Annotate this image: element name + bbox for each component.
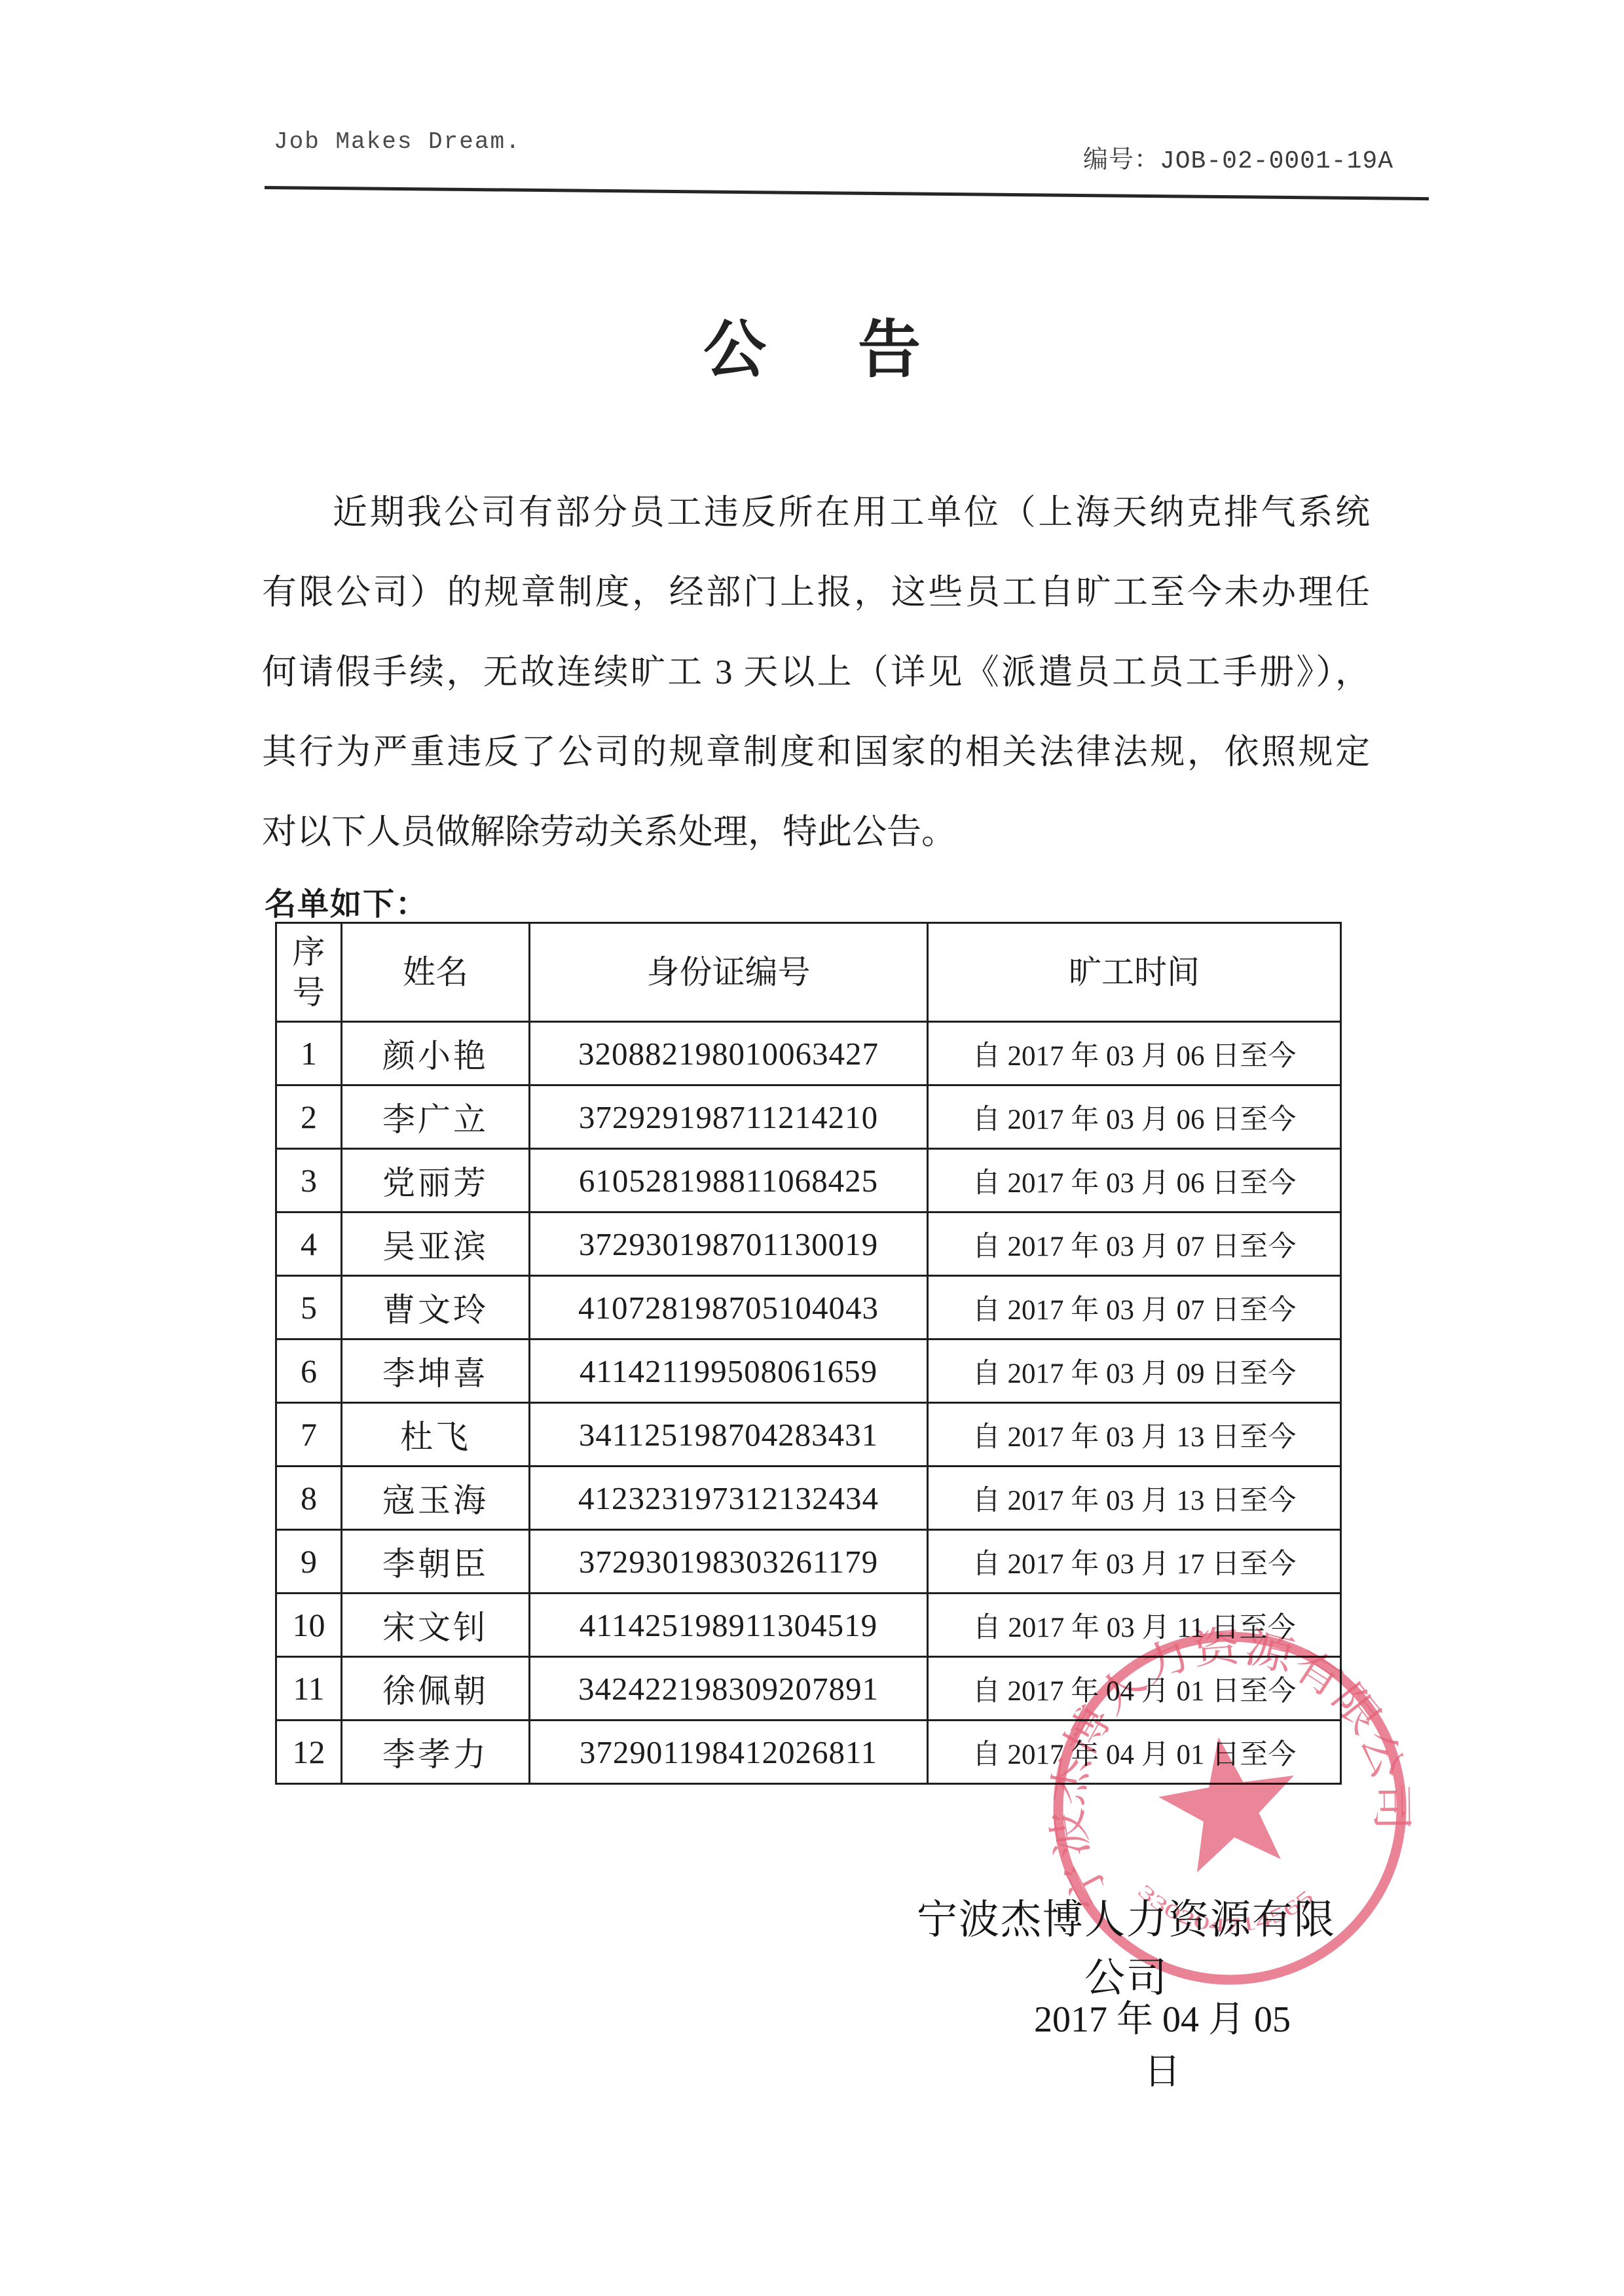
- header-cell-id: 身份证编号: [530, 923, 928, 1022]
- body-line: 对以下人员做解除劳动关系处理，特此公告。: [262, 792, 1370, 872]
- id-number-cell: 411425198911304519: [530, 1594, 928, 1657]
- row-number-cell: 11: [276, 1657, 342, 1721]
- table-row: 1颜小艳320882198010063427自 2017 年 03 月 06 日…: [276, 1022, 1341, 1085]
- header-cell-name: 姓名: [342, 923, 530, 1022]
- absence-period-cell: 自 2017 年 03 月 17 日至今: [928, 1530, 1341, 1594]
- absence-period-cell: 自 2017 年 03 月 06 日至今: [928, 1149, 1341, 1212]
- terminated-employee-table: 序号 姓名 身份证编号 旷工时间 1颜小艳320882198010063427自…: [275, 922, 1342, 1785]
- document-title: 公 告: [0, 300, 1624, 390]
- table-row: 6李坤喜411421199508061659自 2017 年 03 月 09 日…: [276, 1339, 1341, 1403]
- body-line: 有限公司）的规章制度，经部门上报，这些员工自旷工至今未办理任: [262, 553, 1370, 632]
- table-row: 11徐佩朝342422198309207891自 2017 年 04 月 01 …: [276, 1657, 1341, 1721]
- body-line: 其行为严重违反了公司的规章制度和国家的相关法律法规，依照规定: [262, 712, 1370, 792]
- signature-date: 2017 年 04 月 05 日: [1012, 1990, 1313, 2095]
- name-cell: 党丽芳: [342, 1149, 530, 1212]
- id-number-cell: 341125198704283431: [530, 1403, 928, 1467]
- id-number-cell: 320882198010063427: [530, 1022, 928, 1085]
- name-cell: 徐佩朝: [342, 1657, 530, 1721]
- signature-company-name: 宁波杰博人力资源有限公司: [907, 1887, 1346, 2003]
- name-cell: 吴亚滨: [342, 1212, 530, 1276]
- table-header-row: 序号 姓名 身份证编号 旷工时间: [276, 923, 1341, 1022]
- name-cell: 李广立: [342, 1085, 530, 1149]
- absence-period-cell: 自 2017 年 03 月 07 日至今: [928, 1212, 1341, 1276]
- row-number-cell: 7: [276, 1403, 342, 1467]
- absence-period-cell: 自 2017 年 04 月 01 日至今: [928, 1657, 1341, 1721]
- row-number-cell: 12: [276, 1721, 342, 1784]
- name-cell: 曹文玲: [342, 1276, 530, 1339]
- id-number-cell: 372930198303261179: [530, 1530, 928, 1594]
- name-cell: 李坤喜: [342, 1339, 530, 1403]
- absence-period-cell: 自 2017 年 04 月 01 日至今: [928, 1721, 1341, 1784]
- header-doc-number: 编号：JOB-02-0001-19A: [1083, 139, 1393, 175]
- name-cell: 杜飞: [342, 1403, 530, 1467]
- announcement-body: 近期我公司有部分员工违反所在用工单位（上海天纳克排气系统 有限公司）的规章制度，…: [262, 473, 1370, 872]
- id-number-cell: 411421199508061659: [530, 1339, 928, 1403]
- absence-period-cell: 自 2017 年 03 月 09 日至今: [928, 1339, 1341, 1403]
- table-row: 7杜飞341125198704283431自 2017 年 03 月 13 日至…: [276, 1403, 1341, 1467]
- id-number-cell: 342422198309207891: [530, 1657, 928, 1721]
- header-cell-index: 序号: [276, 923, 342, 1022]
- name-cell: 宋文钊: [342, 1594, 530, 1657]
- table-row: 9李朝臣372930198303261179自 2017 年 03 月 17 日…: [276, 1530, 1341, 1594]
- id-number-cell: 610528198811068425: [530, 1149, 928, 1212]
- body-line: 何请假手续，无故连续旷工 3 天以上（详见《派遣员工员工手册》），: [262, 632, 1370, 712]
- id-number-cell: 412323197312132434: [530, 1467, 928, 1530]
- row-number-cell: 9: [276, 1530, 342, 1594]
- id-number-cell: 372901198412026811: [530, 1721, 928, 1784]
- table-row: 10宋文钊411425198911304519自 2017 年 03 月 11 …: [276, 1594, 1341, 1657]
- name-cell: 李孝力: [342, 1721, 530, 1784]
- row-number-cell: 10: [276, 1594, 342, 1657]
- name-cell: 李朝臣: [342, 1530, 530, 1594]
- row-number-cell: 2: [276, 1085, 342, 1149]
- absence-period-cell: 自 2017 年 03 月 06 日至今: [928, 1085, 1341, 1149]
- row-number-cell: 4: [276, 1212, 342, 1276]
- id-number-cell: 410728198705104043: [530, 1276, 928, 1339]
- id-number-cell: 372930198701130019: [530, 1212, 928, 1276]
- absence-period-cell: 自 2017 年 03 月 13 日至今: [928, 1403, 1341, 1467]
- name-cell: 颜小艳: [342, 1022, 530, 1085]
- absence-period-cell: 自 2017 年 03 月 11 日至今: [928, 1594, 1341, 1657]
- header-cell-period: 旷工时间: [928, 923, 1341, 1022]
- table-row: 12李孝力372901198412026811自 2017 年 04 月 01 …: [276, 1721, 1341, 1784]
- id-number-cell: 372929198711214210: [530, 1085, 928, 1149]
- table-row: 3党丽芳610528198811068425自 2017 年 03 月 06 日…: [276, 1149, 1341, 1212]
- employee-table-body: 1颜小艳320882198010063427自 2017 年 03 月 06 日…: [276, 1022, 1341, 1784]
- row-number-cell: 6: [276, 1339, 342, 1403]
- absence-period-cell: 自 2017 年 03 月 07 日至今: [928, 1276, 1341, 1339]
- table-row: 4吴亚滨372930198701130019自 2017 年 03 月 07 日…: [276, 1212, 1341, 1276]
- row-number-cell: 3: [276, 1149, 342, 1212]
- list-label: 名单如下：: [265, 879, 428, 924]
- name-cell: 寇玉海: [342, 1467, 530, 1530]
- header-slogan: Job Makes Dream.: [274, 128, 521, 155]
- header-divider-line: [265, 186, 1429, 200]
- table-row: 8寇玉海412323197312132434自 2017 年 03 月 13 日…: [276, 1467, 1341, 1530]
- table-row: 5曹文玲410728198705104043自 2017 年 03 月 07 日…: [276, 1276, 1341, 1339]
- document-page: Job Makes Dream. 编号：JOB-02-0001-19A 公 告 …: [0, 0, 1624, 2296]
- body-line: 近期我公司有部分员工违反所在用工单位（上海天纳克排气系统: [262, 473, 1370, 553]
- absence-period-cell: 自 2017 年 03 月 13 日至今: [928, 1467, 1341, 1530]
- absence-period-cell: 自 2017 年 03 月 06 日至今: [928, 1022, 1341, 1085]
- row-number-cell: 5: [276, 1276, 342, 1339]
- row-number-cell: 1: [276, 1022, 342, 1085]
- row-number-cell: 8: [276, 1467, 342, 1530]
- table-row: 2李广立372929198711214210自 2017 年 03 月 06 日…: [276, 1085, 1341, 1149]
